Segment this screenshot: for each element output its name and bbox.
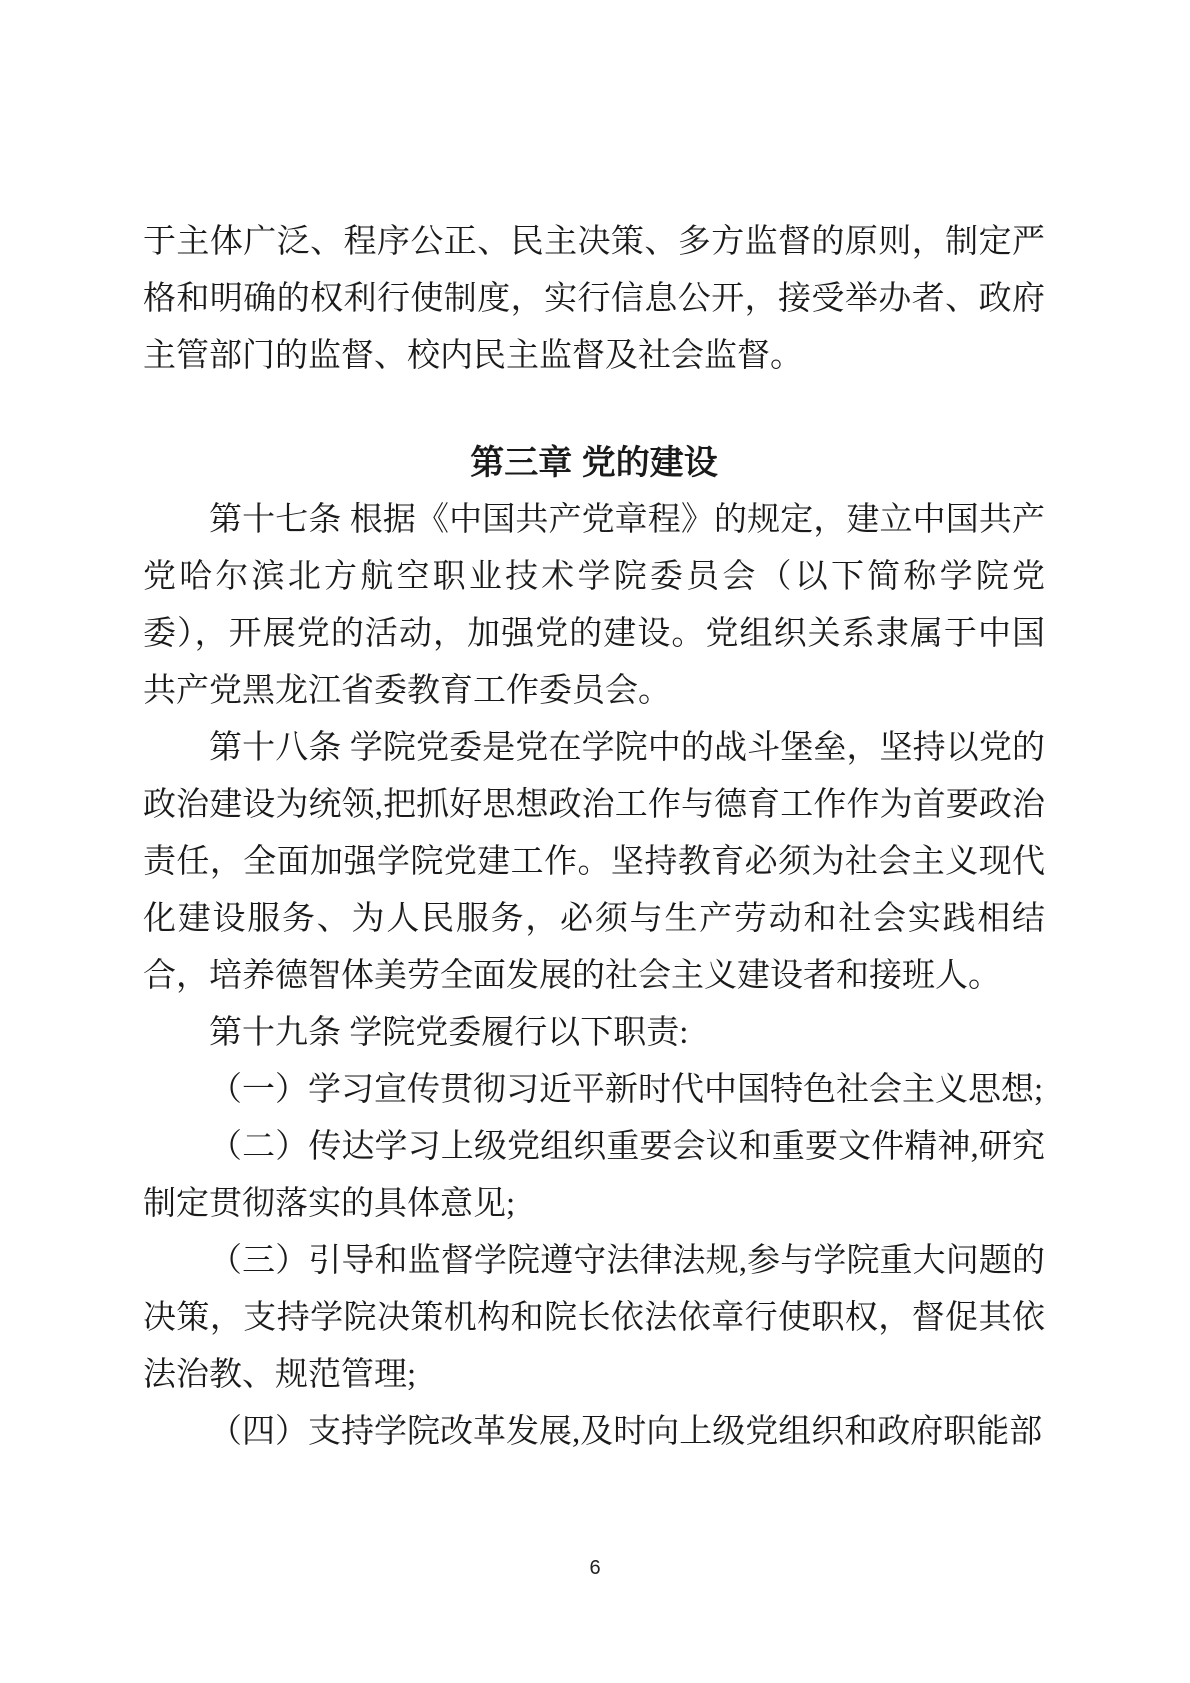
paragraph-article-17: 第十七条 根据《中国共产党章程》的规定，建立中国共产党哈尔滨北方航空职业技术学院… bbox=[143, 492, 1045, 720]
document-page: 于主体广泛、程序公正、民主决策、多方监督的原则，制定严格和明确的权利行使制度，实… bbox=[0, 0, 1190, 1683]
paragraph-duty-1: （一）学习宣传贯彻习近平新时代中国特色社会主义思想; bbox=[143, 1062, 1045, 1119]
page-number: 6 bbox=[0, 1556, 1190, 1580]
paragraph-article-19: 第十九条 学院党委履行以下职责: bbox=[143, 1005, 1045, 1062]
document-body: 于主体广泛、程序公正、民主决策、多方监督的原则，制定严格和明确的权利行使制度，实… bbox=[143, 214, 1045, 1461]
paragraph-duty-4: （四）支持学院改革发展,及时向上级党组织和政府职能部 bbox=[143, 1404, 1045, 1461]
chapter-heading: 第三章 党的建设 bbox=[143, 435, 1045, 492]
paragraph-continuation: 于主体广泛、程序公正、民主决策、多方监督的原则，制定严格和明确的权利行使制度，实… bbox=[143, 214, 1045, 385]
paragraph-article-18: 第十八条 学院党委是党在学院中的战斗堡垒，坚持以党的政治建设为统领,把抓好思想政… bbox=[143, 720, 1045, 1005]
paragraph-duty-2: （二）传达学习上级党组织重要会议和重要文件精神,研究制定贯彻落实的具体意见; bbox=[143, 1119, 1045, 1233]
paragraph-duty-3: （三）引导和监督学院遵守法律法规,参与学院重大问题的决策，支持学院决策机构和院长… bbox=[143, 1233, 1045, 1404]
